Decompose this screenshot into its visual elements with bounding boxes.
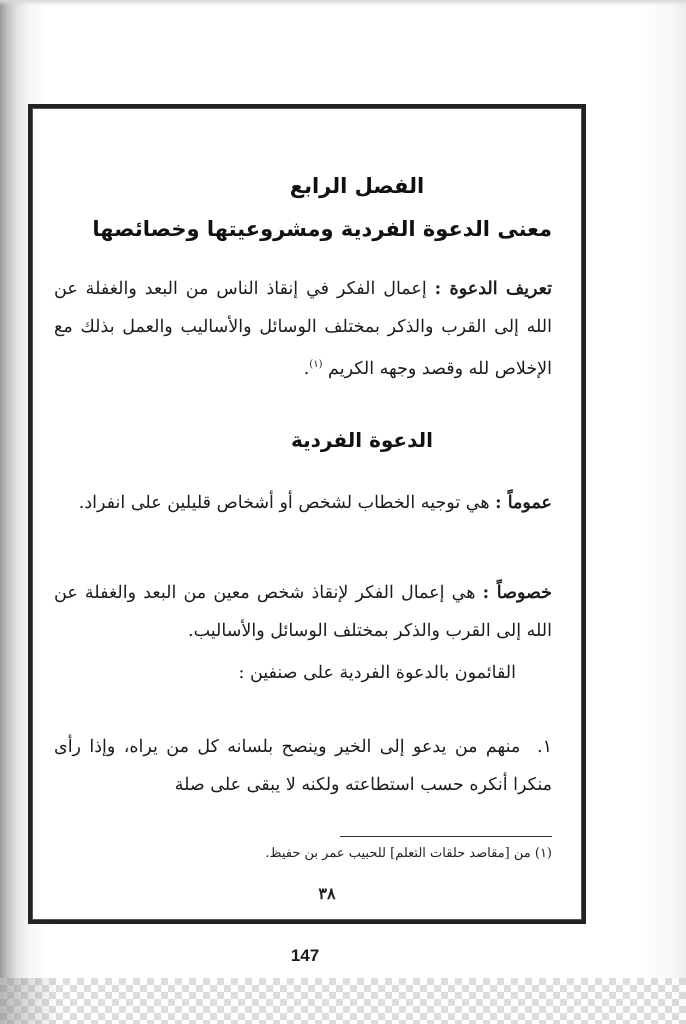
- footnote: (١) من [مقاصد حلقات التعلم] للحبيب عمر ب…: [265, 846, 552, 861]
- content-frame: الفصل الرابع معنى الدعوة الفردية ومشروعي…: [28, 104, 586, 924]
- inner-page-number: ٣٨: [32, 884, 582, 903]
- specific-lead: خصوصاً :: [483, 583, 552, 603]
- decorative-checker-pattern: [0, 978, 686, 1024]
- general-text: هي توجيه الخطاب لشخص أو أشخاص قليلين على…: [79, 493, 495, 513]
- footnote-separator: [340, 836, 552, 837]
- list-item-number: ١.: [537, 737, 552, 757]
- section-title: الدعوة الفردية: [142, 428, 582, 452]
- outer-page-number: 147: [0, 946, 610, 966]
- general-lead: عموماً :: [495, 493, 552, 513]
- chapter-subtitle: معنى الدعوة الفردية ومشروعيتها وخصائصها: [92, 217, 552, 241]
- scanned-page: الفصل الرابع معنى الدعوة الفردية ومشروعي…: [0, 0, 686, 1024]
- definition-lead: تعريف الدعوة :: [435, 279, 552, 299]
- list-item-text: منهم من يدعو إلى الخير وينصح بلسانه كل م…: [54, 737, 552, 795]
- specific-text: هي إعمال الفكر لإنقاذ شخص معين من البعد …: [54, 583, 552, 641]
- specific-paragraph: خصوصاً : هي إعمال الفكر لإنقاذ شخص معين …: [54, 574, 552, 650]
- general-paragraph: عموماً : هي توجيه الخطاب لشخص أو أشخاص ق…: [54, 484, 552, 522]
- footnote-marker: (١): [309, 359, 322, 370]
- gutter-shadow: [0, 978, 60, 1024]
- definition-paragraph: تعريف الدعوة : إعمال الفكر في إنقاذ النا…: [54, 270, 552, 388]
- chapter-title: الفصل الرابع: [132, 174, 582, 198]
- list-item: ١. منهم من يدعو إلى الخير وينصح بلسانه ك…: [54, 728, 552, 804]
- practitioners-paragraph: القائمون بالدعوة الفردية على صنفين :: [54, 654, 516, 692]
- scan-edge: [0, 0, 686, 6]
